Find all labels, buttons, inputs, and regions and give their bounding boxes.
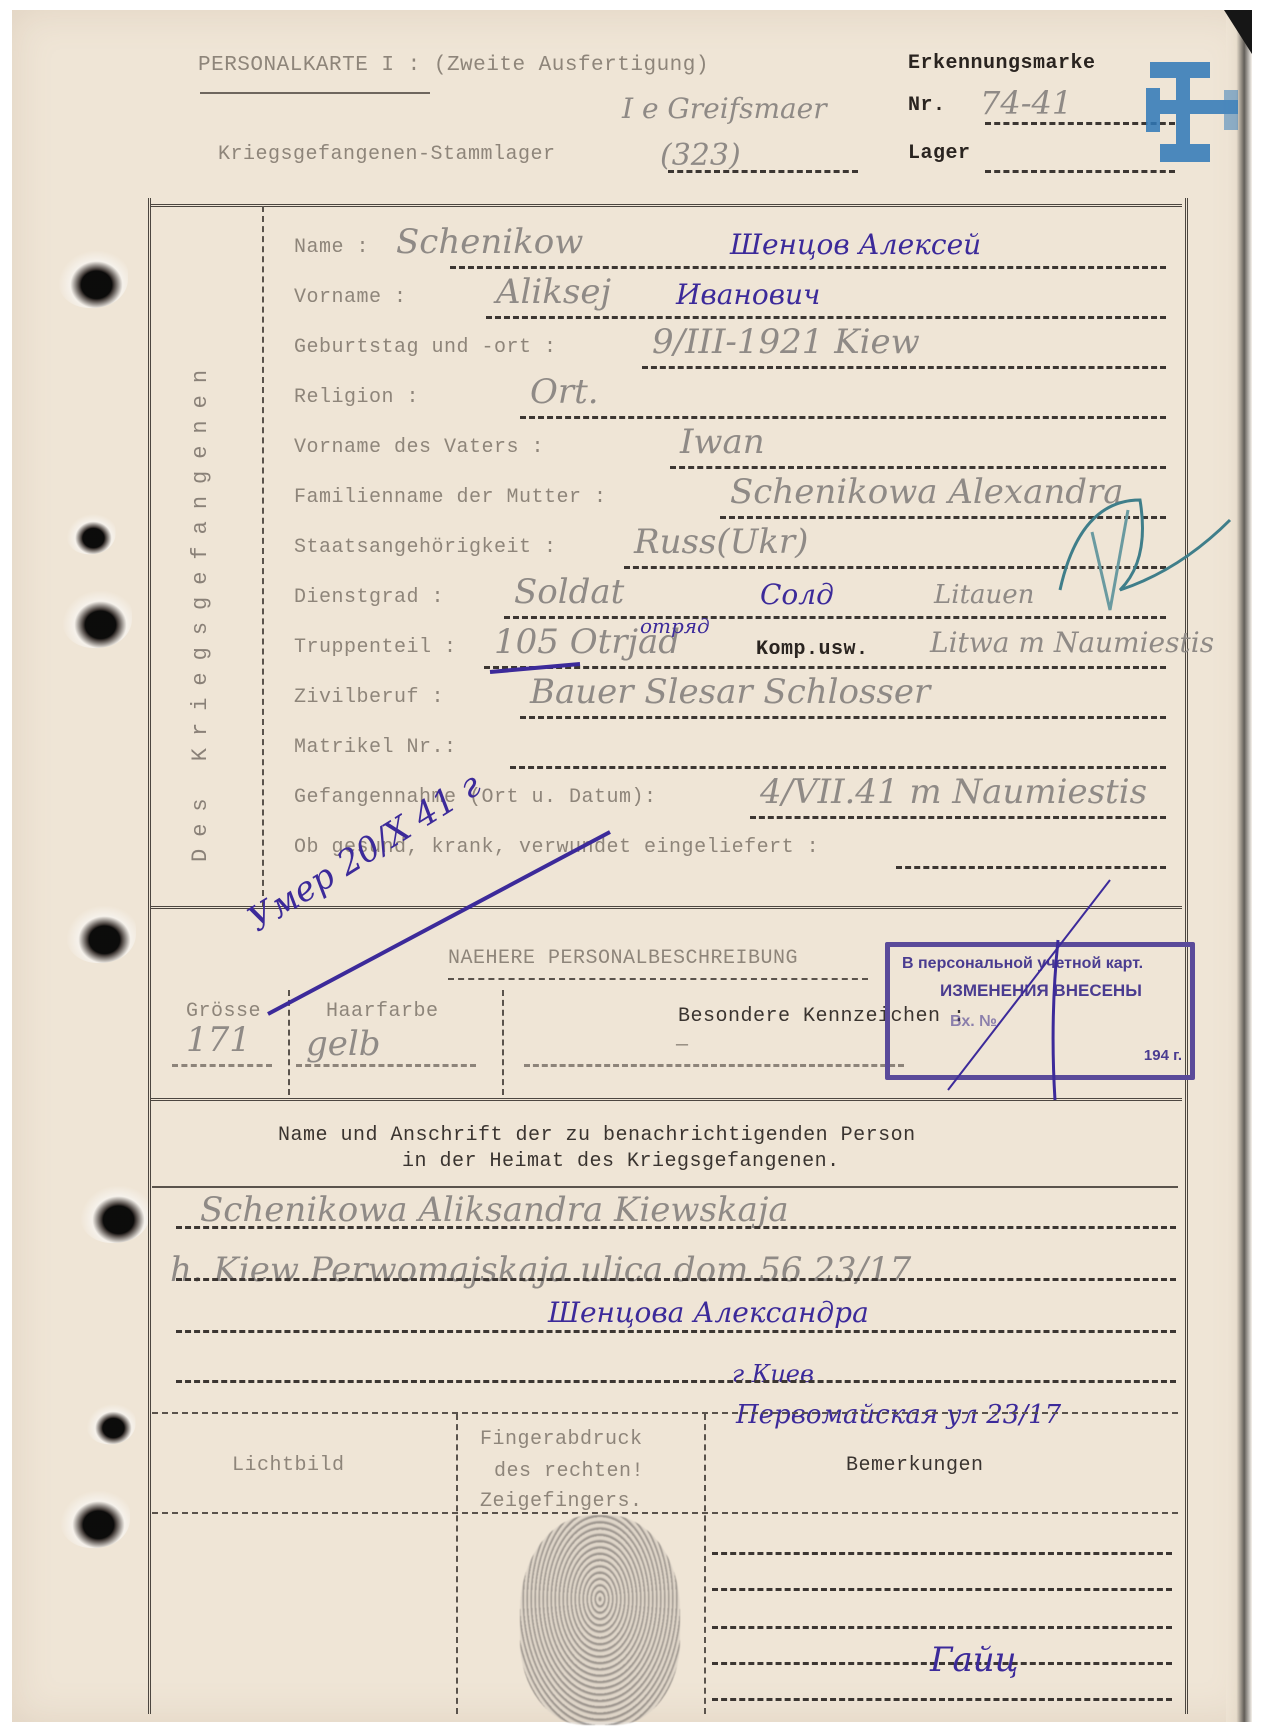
stamp-line-3: Вх. № <box>950 1013 997 1031</box>
field-value: Russ(Ukr) <box>634 522 808 562</box>
field-label: Vorname des Vaters : <box>294 436 544 459</box>
haarfarbe-divider <box>502 990 504 1095</box>
contact-line-5-ru: Первомайская ул 23/17 <box>736 1400 1061 1430</box>
cross-stamp-icon <box>1138 60 1246 164</box>
bottom-header-rule <box>152 1512 1178 1514</box>
form-title: PERSONALKARTE I : (Zweite Ausfertigung) <box>198 54 709 77</box>
groesse-value: 171 <box>186 1020 251 1060</box>
field-value: Ort. <box>530 372 599 412</box>
remarks-line <box>712 1588 1172 1591</box>
groesse-divider <box>288 990 290 1095</box>
tag-label: Erkennungsmarke <box>908 52 1096 75</box>
field-value: Bauer Slesar Schlosser <box>530 672 930 712</box>
remarks-line <box>712 1626 1172 1629</box>
stamp-line-4: 194 г. <box>1144 1047 1182 1064</box>
contact-line-4-ru: г Киев <box>732 1360 814 1388</box>
contact-line-3-ru: Шенцова Александра <box>548 1296 869 1329</box>
punch-hole <box>80 1185 150 1243</box>
groesse-line <box>172 1064 272 1067</box>
field-value-ru: Шенцов Алексей <box>730 228 981 261</box>
punch-hole <box>58 250 128 308</box>
photo-label: Lichtbild <box>232 1454 345 1477</box>
field-label: Geburtstag und -ort : <box>294 336 557 359</box>
fingerprint <box>520 1515 680 1725</box>
field-line <box>750 816 1166 819</box>
punch-hole <box>60 1490 130 1548</box>
haarfarbe-label: Haarfarbe <box>326 1000 439 1023</box>
remarks-line <box>712 1552 1172 1555</box>
field-value-ru: отряд <box>640 614 710 638</box>
finger-label-2: des rechten! <box>494 1460 644 1483</box>
punch-hole <box>66 905 136 963</box>
description-title: NAEHERE PERSONALBESCHREIBUNG <box>448 947 798 970</box>
stalag-value: (323) <box>660 138 741 173</box>
stalag-label: Kriegsgefangenen-Stammlager <box>218 143 556 166</box>
frame-top-border <box>150 204 1182 207</box>
punch-hole <box>62 590 132 648</box>
field-label: Truppenteil : <box>294 636 457 659</box>
field-line <box>720 516 1166 519</box>
stamp-line-1: В персональной учетной карт. <box>902 955 1143 973</box>
komp-label: Komp.usw. <box>756 638 869 661</box>
side-label: Des Kriegsgefangenen <box>188 262 213 862</box>
komp-value: Litwa m Naumiestis <box>930 626 1214 659</box>
contact-rule-2 <box>176 1278 1176 1281</box>
changes-stamp: В персональной учетной карт. ИЗМЕНЕНИЯ В… <box>885 942 1195 1080</box>
field-value: Soldat <box>514 572 624 612</box>
finger-divider <box>704 1414 706 1714</box>
contact-heading-2: in der Heimat des Kriegsgefangenen. <box>402 1150 840 1173</box>
torn-edge <box>1226 10 1252 1722</box>
section-divider-2 <box>150 1098 1182 1101</box>
field-extra: Litauen <box>934 580 1034 610</box>
field-line <box>624 566 1166 569</box>
title-underline <box>200 92 430 94</box>
contact-rule-3 <box>176 1330 1176 1333</box>
camp-note: I e Greifsmaer <box>622 92 827 125</box>
field-value-ru: Иванович <box>676 278 820 311</box>
field-value: 9/III-1921 Kiew <box>652 322 920 362</box>
field-line <box>520 716 1166 719</box>
punch-hole <box>87 1404 136 1445</box>
remarks-line <box>712 1698 1172 1701</box>
field-label: Matrikel Nr.: <box>294 736 457 759</box>
stamp-line-2: ИЗМЕНЕНИЯ ВНЕСЕНЫ <box>940 981 1142 1001</box>
field-value: Aliksej <box>496 272 611 312</box>
haarfarbe-value: gelb <box>306 1024 381 1064</box>
contact-line-2: h. Kiew Perwomajskaja ulica dom 56 23/17 <box>170 1250 911 1290</box>
contact-heading-1: Name und Anschrift der zu benachrichtige… <box>278 1124 916 1147</box>
field-line <box>642 366 1166 369</box>
field-label: Vorname : <box>294 286 407 309</box>
stalag-line <box>668 170 858 173</box>
field-line <box>520 416 1166 419</box>
field-line <box>510 766 1166 769</box>
punch-hole <box>67 514 116 555</box>
finger-label-1: Fingerabdruck <box>480 1428 643 1451</box>
lager-line <box>985 170 1175 173</box>
field-label: Dienstgrad : <box>294 586 444 609</box>
signature: Гайц <box>930 1640 1018 1680</box>
field-label: Zivilberuf : <box>294 686 444 709</box>
contact-rule-1 <box>176 1226 1176 1229</box>
field-line <box>504 616 1166 619</box>
photo-divider <box>456 1414 458 1714</box>
finger-label-3: Zeigefingers. <box>480 1490 643 1513</box>
kennzeichen-value: — <box>676 1034 689 1057</box>
field-value: Iwan <box>680 422 765 462</box>
field-label: Name : <box>294 236 369 259</box>
field-label: Religion : <box>294 386 419 409</box>
field-label: Staatsangehörigkeit : <box>294 536 557 559</box>
field-value: Schenikowa Alexandra <box>730 472 1124 512</box>
haarfarbe-line <box>296 1064 476 1067</box>
remarks-label: Bemerkungen <box>846 1454 984 1477</box>
field-label: Familienname der Mutter : <box>294 486 607 509</box>
tag-nr-label: Nr. <box>908 94 946 117</box>
tag-nr-value: 74-41 <box>980 84 1072 122</box>
kennzeichen-line <box>524 1064 904 1067</box>
field-line <box>486 316 1166 319</box>
field-line <box>670 466 1166 469</box>
field-line <box>484 666 1166 669</box>
field-line <box>896 866 1166 869</box>
field-line <box>450 266 1166 269</box>
description-title-underline <box>448 978 868 980</box>
field-value: Schenikow <box>396 222 583 262</box>
field-value: 4/VII.41 m Naumiestis <box>760 772 1147 812</box>
contact-rule-4 <box>176 1380 1176 1383</box>
contact-line-1: Schenikowa Aliksandra Kiewskaja <box>200 1190 789 1230</box>
side-column-divider <box>262 206 264 906</box>
contact-top-rule <box>152 1186 1178 1188</box>
contact-bottom-rule <box>152 1412 1178 1414</box>
folded-corner <box>1224 10 1252 54</box>
lager-label: Lager <box>908 142 971 165</box>
field-value-ru: Солд <box>760 578 834 611</box>
